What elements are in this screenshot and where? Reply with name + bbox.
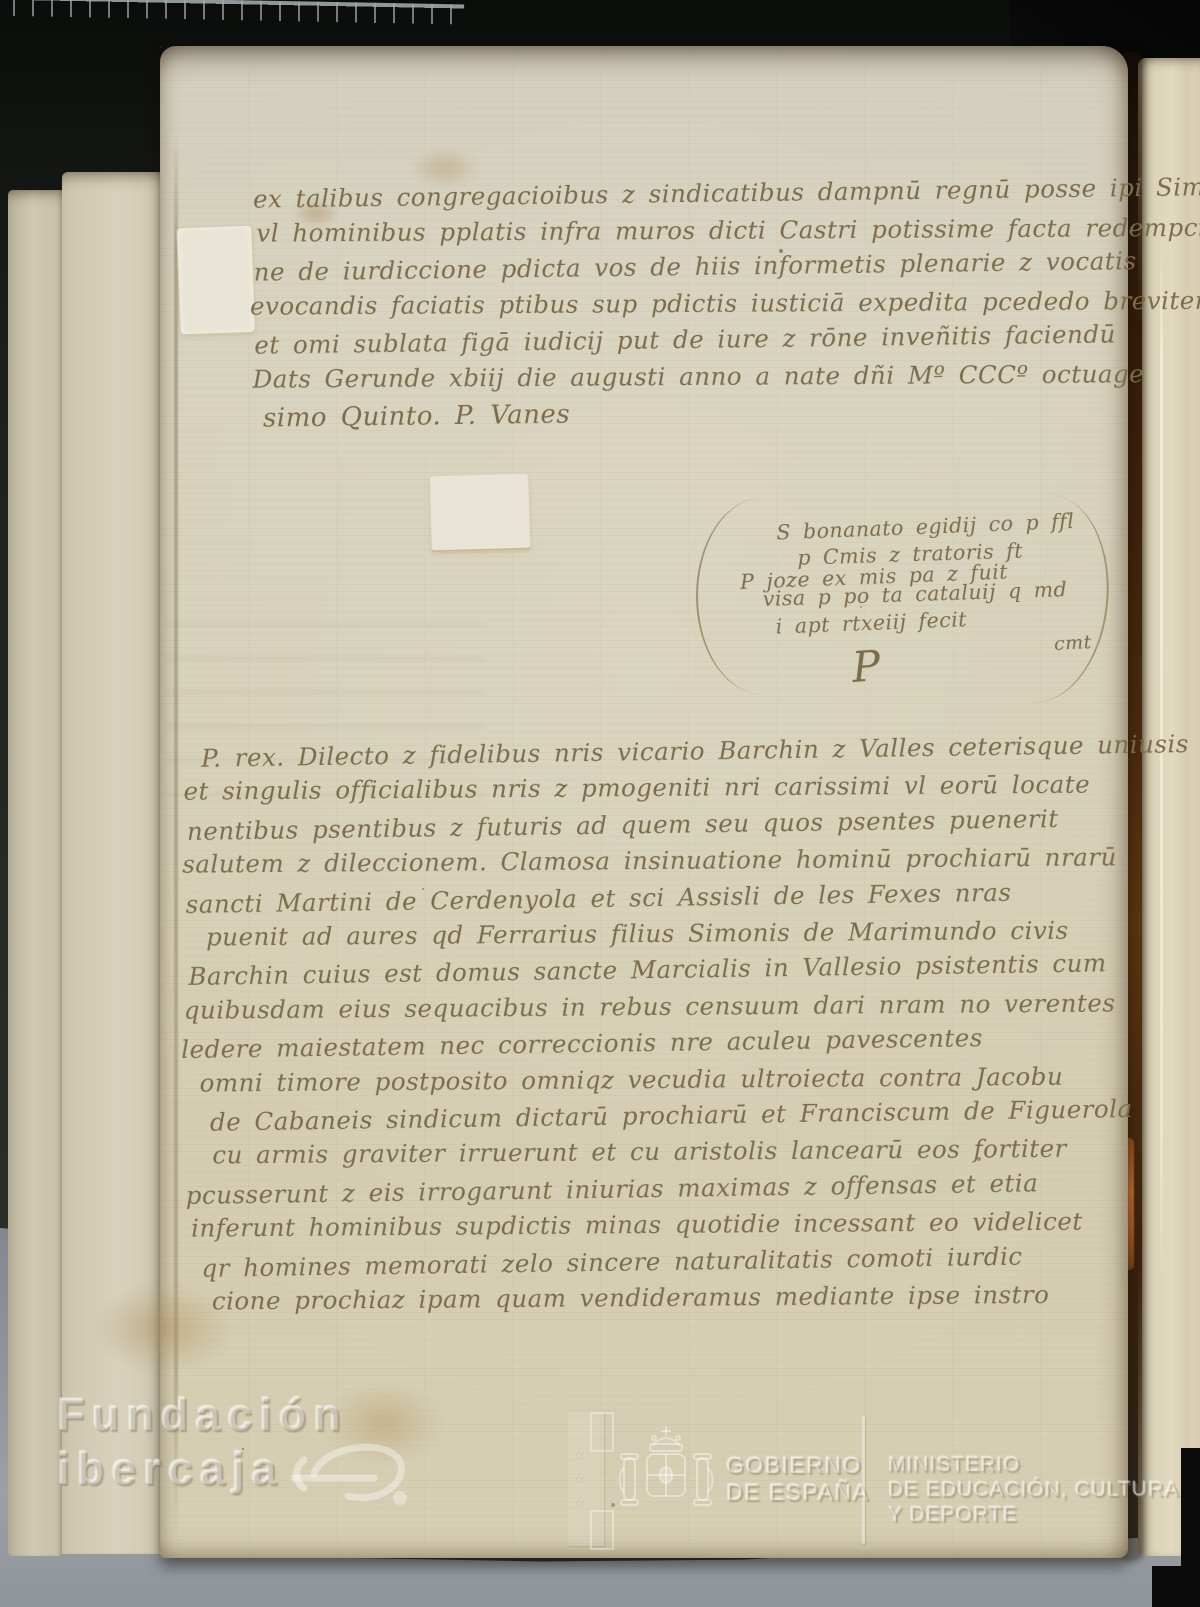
paper-specks (160, 46, 162, 48)
flag-bracket-bottom (590, 1510, 614, 1550)
spain-coat-of-arms-icon (616, 1424, 716, 1534)
ministerio-line: Y DEPORTE (888, 1502, 1179, 1527)
backdrop-corner (1152, 1566, 1200, 1607)
archive-photo: ex talibus congregacioibus z sindicatibu… (0, 0, 1200, 1607)
margin-note: cmt (1053, 631, 1092, 655)
flag-stars-icon: ☆ ☆ ☆ (572, 1442, 584, 1514)
signature-block: S bonanato egidij co p fflp Cmis z trato… (750, 508, 1084, 640)
page-stack-edge-outer (8, 190, 62, 1556)
manuscript-page: ex talibus congregacioibus z sindicatibu… (160, 46, 1128, 1558)
ministerio-line: MINISTERIO (888, 1452, 1179, 1477)
paper-patch-middle (429, 473, 531, 553)
paper-patch-top (176, 225, 256, 336)
facing-page-edge (1138, 58, 1200, 1556)
manuscript-text-block-main: P. rex. Dilecto z fidelibus nris vicario… (181, 729, 1127, 1321)
ibercaja-swoosh-icon (288, 1428, 426, 1520)
watermark-ministerio: MINISTERIO DE EDUCACIÓN, CULTURA Y DEPOR… (888, 1452, 1179, 1527)
watermark-divider (862, 1416, 865, 1544)
gobierno-line: DE ESPAÑA (726, 1479, 869, 1506)
manuscript-text-block-top: ex talibus congregacioibus z sindicatibu… (253, 172, 1115, 435)
flag-bracket-top (590, 1412, 614, 1452)
ministerio-line: DE EDUCACIÓN, CULTURA (888, 1477, 1179, 1502)
photometric-ruler (0, 0, 464, 25)
watermark-gobierno: GOBIERNO DE ESPAÑA (726, 1452, 869, 1506)
manuscript-line: cione prochiaz ipam quam vendideramus me… (212, 1276, 1127, 1320)
notary-mark: P (850, 641, 882, 692)
facing-page-crease (1160, 240, 1163, 1280)
gobierno-line: GOBIERNO (726, 1452, 869, 1479)
